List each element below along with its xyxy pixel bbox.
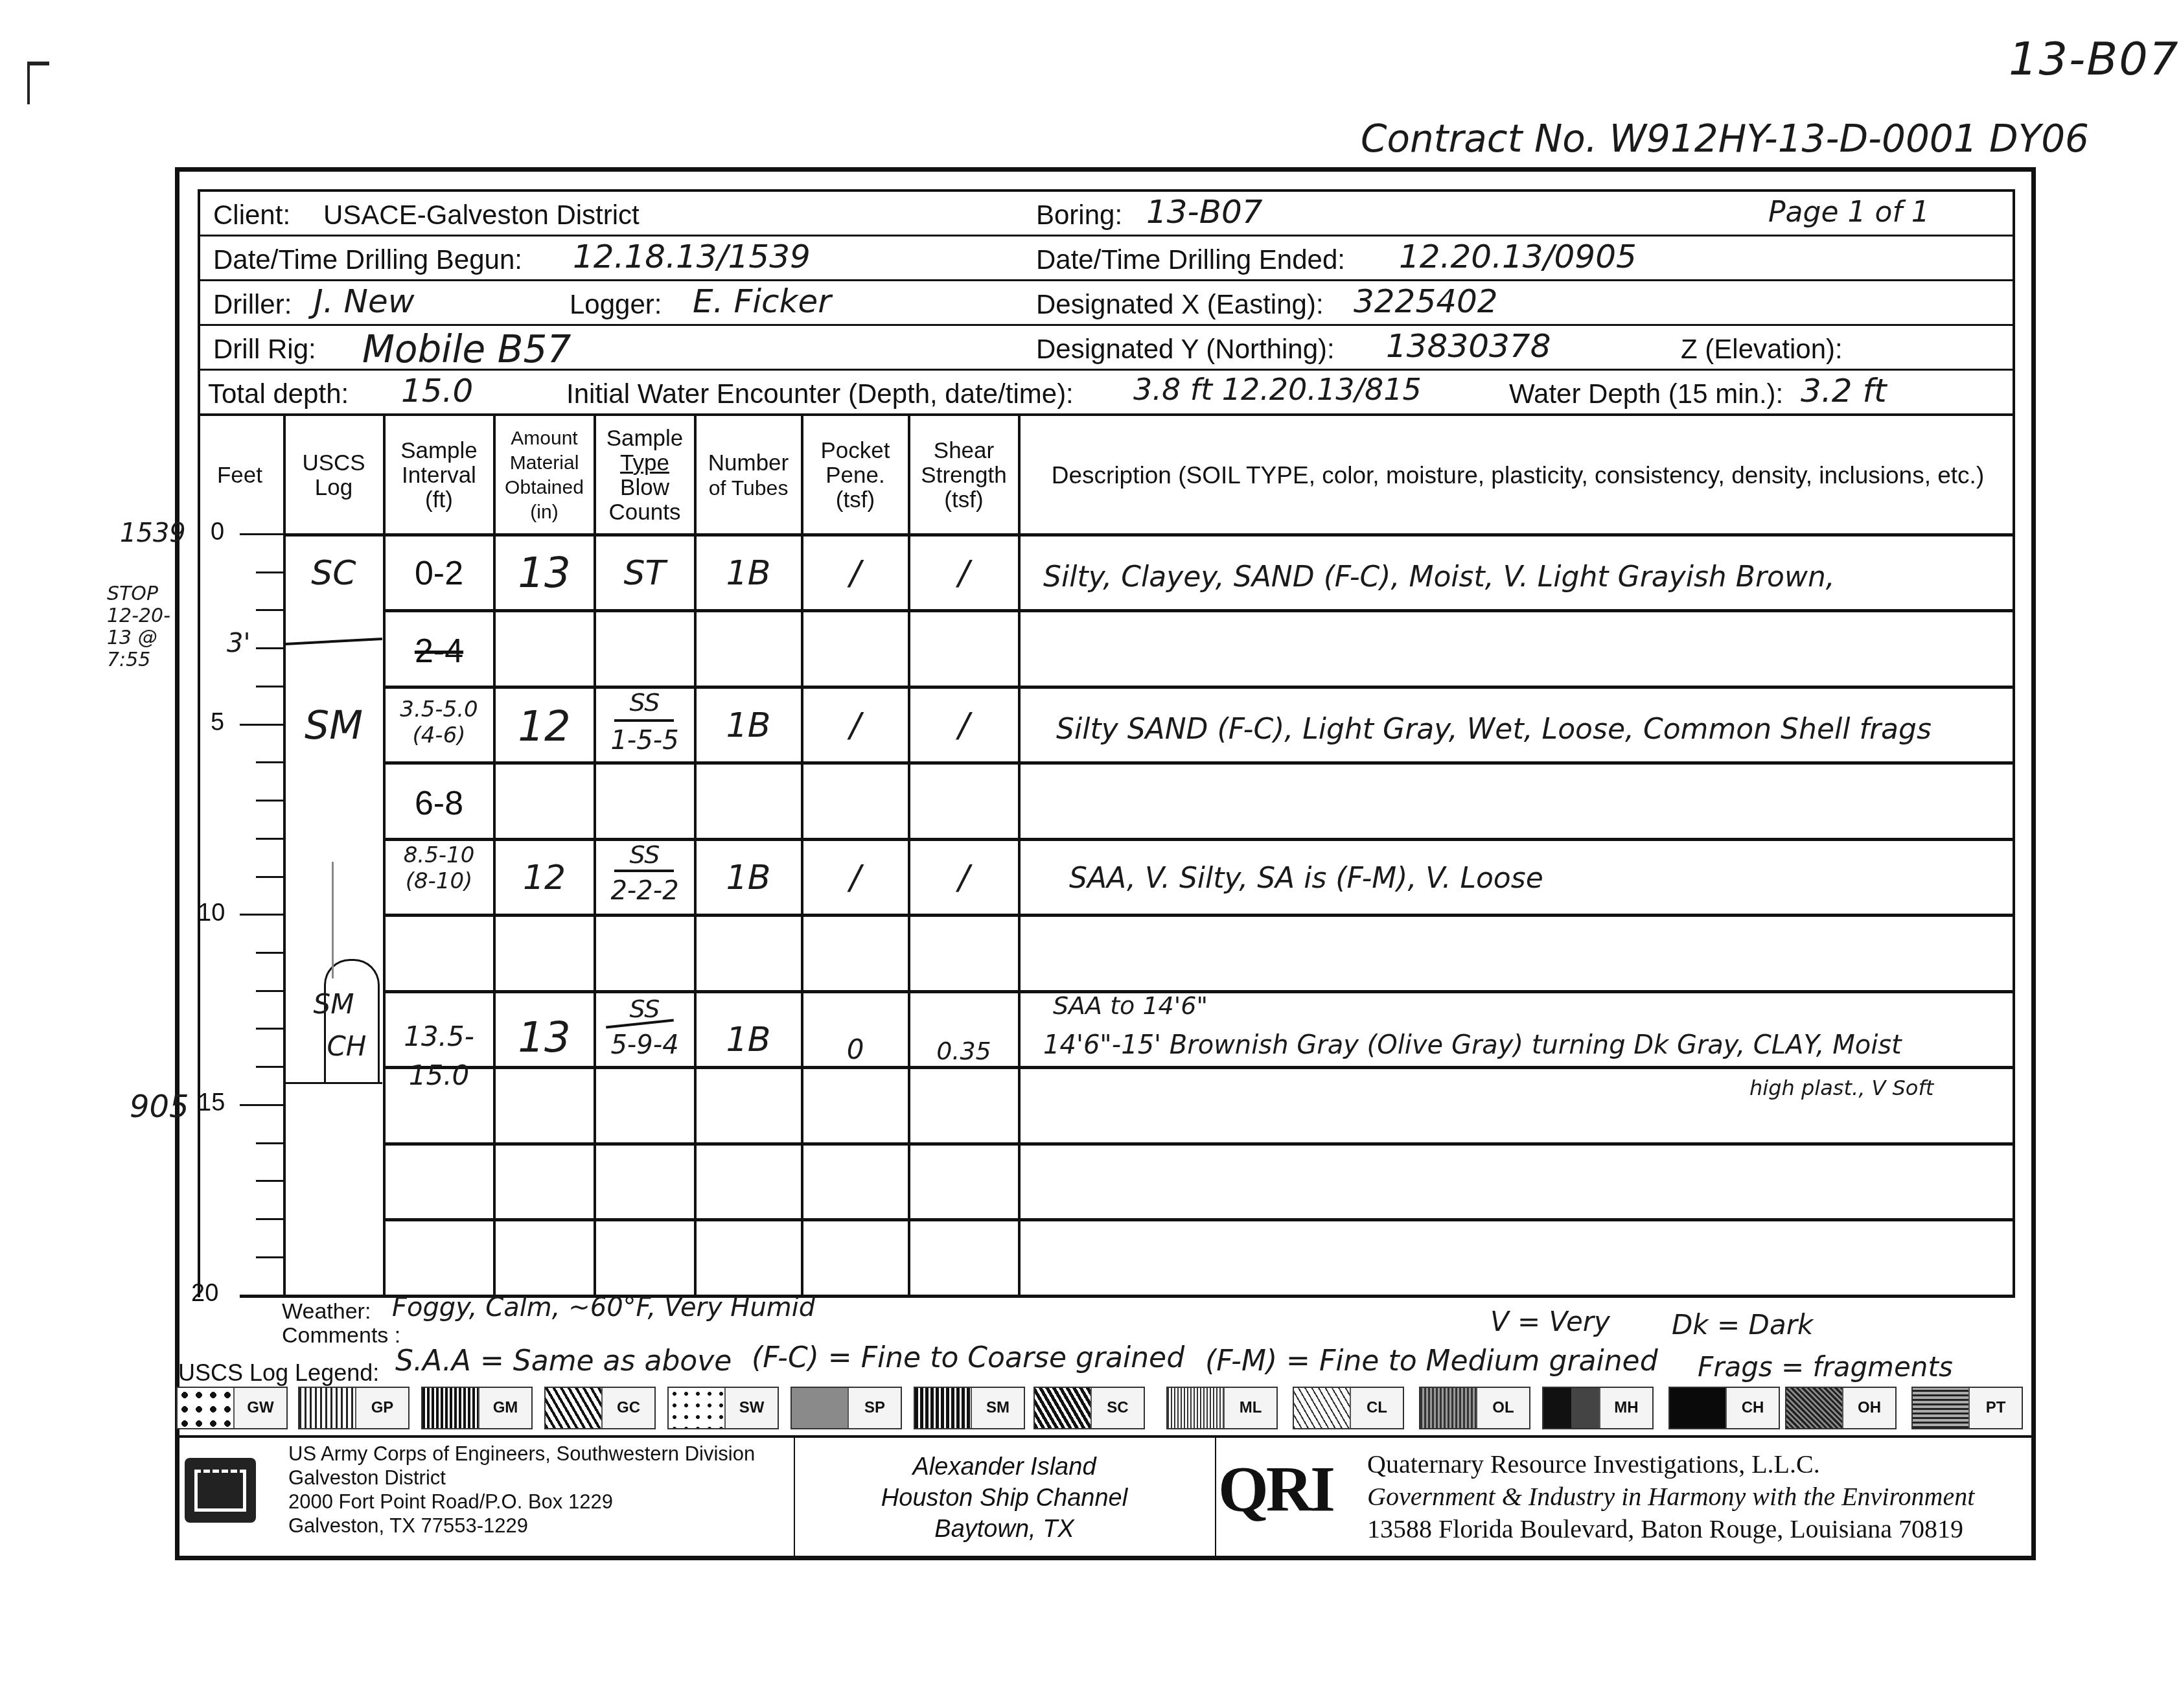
dense-pattern-icon <box>1420 1388 1476 1428</box>
depth-tick <box>256 1028 285 1030</box>
header-row-rig: Drill Rig: Mobile B57 Designated Y (Nort… <box>200 326 2013 371</box>
legend-ml: ML <box>1166 1387 1278 1429</box>
legend-gw: GW <box>176 1387 288 1429</box>
legend-label: USCS Log Legend: <box>178 1359 379 1387</box>
uscs-log-sm-2: SM <box>285 988 382 1020</box>
sample-amount: 12 <box>496 859 593 897</box>
usace-street: 2000 Fort Point Road/P.O. Box 1229 <box>288 1490 755 1514</box>
contract-number-annotation: Contract No. W912HY-13-D-0001 DY06 <box>1361 117 2089 161</box>
depth-tick <box>256 952 285 954</box>
northing-value: 13830378 <box>1386 327 1551 365</box>
legend-sp: SP <box>790 1387 902 1429</box>
grid-line <box>283 416 286 1297</box>
depth-tick <box>256 1066 285 1068</box>
end-time-note: 905 <box>130 1089 189 1125</box>
header-row-dates: Date/Time Drilling Begun: 12.18.13/1539 … <box>200 237 2013 281</box>
col-header-amount: Amount Material Obtained (in) <box>496 416 593 535</box>
sample-tubes: 1B <box>697 706 800 745</box>
boring-value: 13-B07 <box>1146 193 1263 231</box>
abbr-fine-medium: (F-M) = Fine to Medium grained <box>1205 1344 1658 1378</box>
legend-oh: OH <box>1785 1387 1897 1429</box>
qri-address: Quaternary Resource Investigations, L.L.… <box>1367 1448 1974 1545</box>
sample-interval: 3.5-5.0 (4-6) <box>386 697 492 748</box>
ended-value: 12.20.13/0905 <box>1399 238 1637 275</box>
grid-line <box>694 416 697 1297</box>
uscs-log-ch: CH <box>311 1030 382 1062</box>
client-value: USACE-Galveston District <box>323 200 640 231</box>
crosshatch-pattern-icon <box>1786 1388 1842 1428</box>
gravel-pattern-icon <box>178 1388 233 1428</box>
castle-icon <box>194 1470 246 1512</box>
sample-shear: / <box>910 859 1017 897</box>
vertical-line-pattern-icon <box>915 1388 971 1428</box>
depth-label-0: 0 <box>211 518 224 546</box>
sample-pocket: / <box>803 554 907 593</box>
fraction-bar <box>614 870 674 872</box>
easting-label: Designated X (Easting): <box>1036 289 1324 320</box>
col-header-type: Type <box>620 451 669 476</box>
row-line <box>383 1066 2015 1069</box>
easting-value: 3225402 <box>1354 283 1498 320</box>
depth-tick <box>256 876 285 878</box>
grid-line <box>1018 416 1021 1297</box>
col-header-blow-counts: Blow Counts <box>596 476 693 525</box>
site-channel: Houston Ship Channel <box>797 1483 1212 1514</box>
depth-tick <box>256 1142 285 1144</box>
usace-district: Galveston District <box>288 1466 755 1490</box>
sample-description-cont: high plast., V Soft <box>1749 1076 1933 1100</box>
sample-amount: 13 <box>496 1014 593 1062</box>
legend-gc: GC <box>544 1387 656 1429</box>
sample-pocket: / <box>803 706 907 745</box>
col-header-number: Number <box>708 451 789 476</box>
header-block: Client: USACE-Galveston District Boring:… <box>198 189 2015 416</box>
depth-tick <box>256 838 285 840</box>
footer-divider <box>1215 1435 1216 1558</box>
scan-corner-mark <box>27 62 49 104</box>
boring-label: Boring: <box>1036 200 1122 231</box>
col-header-feet: Feet <box>198 416 282 535</box>
row-line <box>383 609 2015 612</box>
row-line <box>383 914 2015 917</box>
qri-logo: QRI <box>1218 1451 1333 1526</box>
sample-blows: 5-9-4 <box>596 1030 693 1060</box>
sample-interval: 2-4 <box>386 632 492 671</box>
depth-tick <box>256 647 285 649</box>
col-header-uscs: USCS Log <box>285 416 382 535</box>
water-encounter-value: 3.8 ft 12.20.13/815 <box>1133 372 1422 407</box>
depth-tick <box>240 1104 285 1106</box>
grid-line <box>801 416 803 1297</box>
header-row-client: Client: USACE-Galveston District Boring:… <box>200 192 2013 237</box>
rig-label: Drill Rig: <box>213 334 316 365</box>
sample-tubes: 1B <box>697 554 800 593</box>
depth-tick <box>256 571 285 573</box>
qri-street: 13588 Florida Boulevard, Baton Rouge, Lo… <box>1367 1513 1974 1545</box>
sample-interval: 6-8 <box>386 784 492 823</box>
legend-mh: MH <box>1542 1387 1654 1429</box>
fine-vertical-pattern-icon <box>1168 1388 1223 1428</box>
depth-0-line <box>283 533 2015 537</box>
depth-tick <box>256 1180 285 1182</box>
diagonal-pattern-icon <box>1035 1388 1090 1428</box>
sample-interval: 0-2 <box>386 554 492 593</box>
sample-blows: 2-2-2 <box>596 876 693 906</box>
sample-blows: 1-5-5 <box>596 726 693 756</box>
uscs-log-sc: SC <box>285 554 382 593</box>
driller-value: J. New <box>314 283 415 320</box>
grid-line <box>198 416 200 1297</box>
northing-label: Designated Y (Northing): <box>1036 334 1335 365</box>
sample-pocket: 0 <box>803 1033 907 1065</box>
legend-gp: GP <box>298 1387 410 1429</box>
client-label: Client: <box>213 200 290 231</box>
comments-label: Comments : <box>282 1323 400 1348</box>
row-line <box>383 761 2015 765</box>
depth-label-20: 20 <box>191 1280 218 1308</box>
col-header-interval: Sample Interval (ft) <box>386 416 492 535</box>
sample-tubes: 1B <box>697 859 800 897</box>
header-row-depth: Total depth: 15.0 Initial Water Encounte… <box>200 371 2013 415</box>
sample-type: SS <box>596 840 693 869</box>
row-line <box>383 1142 2015 1146</box>
depth-tick <box>256 761 285 763</box>
col-header-of-tubes: of Tubes <box>709 476 789 500</box>
sample-type: SS <box>596 688 693 717</box>
wavy-pattern-icon <box>1913 1388 1968 1428</box>
sample-amount: 13 <box>496 549 593 597</box>
col-header-sample: Sample <box>606 426 684 451</box>
dark-pattern-icon <box>1543 1388 1599 1428</box>
depth-tick <box>256 800 285 802</box>
sample-description: SAA to 14'6" <box>1053 991 1208 1020</box>
water-15min-label: Water Depth (15 min.): <box>1509 378 1783 410</box>
stipple-pattern-icon <box>792 1388 848 1428</box>
boring-id-annotation: 13-B07 <box>2009 32 2179 86</box>
row-line <box>383 1218 2015 1221</box>
col-header-tubes: Number of Tubes <box>697 416 800 535</box>
legend-pt: PT <box>1911 1387 2023 1429</box>
sample-shear: 0.35 <box>910 1037 1017 1065</box>
col-header-description: Description (SOIL TYPE, color, moisture,… <box>1021 416 2015 535</box>
diagonal-pattern-icon <box>546 1388 601 1428</box>
water-encounter-label: Initial Water Encounter (Depth, date/tim… <box>566 378 1074 410</box>
footer-divider <box>794 1435 795 1558</box>
start-time-note: 1539 <box>120 518 186 548</box>
depth-label-15: 15 <box>198 1089 225 1117</box>
sample-description: Silty SAND (F-C), Light Gray, Wet, Loose… <box>1056 713 1932 746</box>
depth-tick <box>256 990 285 992</box>
col-header-sample-type: Sample Type Blow Counts <box>596 416 693 535</box>
total-depth-value: 15.0 <box>401 372 473 410</box>
water-15min-value: 3.2 ft <box>1801 372 1887 410</box>
depth-label-5: 5 <box>211 709 224 737</box>
site-location: Alexander Island Houston Ship Channel Ba… <box>797 1451 1212 1545</box>
legend-ol: OL <box>1419 1387 1530 1429</box>
vertical-line-pattern-icon <box>422 1388 478 1428</box>
fraction-bar <box>614 719 674 722</box>
depth-tick <box>256 686 285 687</box>
depth-tick <box>240 724 285 726</box>
header-row-driller: Driller: J. New Logger: E. Ficker Design… <box>200 281 2013 326</box>
depth-mark-3ft: 3' <box>227 629 250 658</box>
total-depth-label: Total depth: <box>208 378 349 410</box>
depth-tick <box>256 1256 285 1258</box>
ended-label: Date/Time Drilling Ended: <box>1036 244 1345 275</box>
sample-interval: 8.5-10 (8-10) <box>386 842 492 894</box>
logger-value: E. Ficker <box>693 283 831 320</box>
sample-shear: / <box>910 706 1017 745</box>
abbr-very: V = Very <box>1490 1306 1610 1337</box>
weather-value: Foggy, Calm, ~60°F, Very Humid <box>392 1293 815 1322</box>
sample-type: SS <box>596 995 693 1023</box>
depth-label-10: 10 <box>198 899 225 927</box>
begun-label: Date/Time Drilling Begun: <box>213 244 522 275</box>
dot-pattern-icon <box>669 1388 724 1428</box>
weather-label: Weather: <box>282 1299 371 1324</box>
legend-sw: SW <box>667 1387 779 1429</box>
stop-note: STOP 12-20-13 @ 7:55 <box>107 583 178 671</box>
elevation-label: Z (Elevation): <box>1681 334 1843 365</box>
begun-value: 12.18.13/1539 <box>573 238 811 275</box>
logger-label: Logger: <box>570 289 662 320</box>
col-header-shear: Shear Strength (tsf) <box>910 416 1017 535</box>
solid-black-pattern-icon <box>1670 1388 1725 1428</box>
abbr-fine-coarse: (F-C) = Fine to Coarse grained <box>752 1341 1184 1374</box>
site-city: Baytown, TX <box>797 1514 1212 1545</box>
sample-pocket: / <box>803 859 907 897</box>
sample-description-cont: 14'6"-15' Brownish Gray (Olive Gray) tur… <box>1043 1030 1902 1060</box>
depth-tick <box>256 1218 285 1220</box>
legend-sc: SC <box>1033 1387 1145 1429</box>
qri-tagline: Government & Industry in Harmony with th… <box>1367 1481 1974 1513</box>
sample-description: Silty, Clayey, SAND (F-C), Moist, V. Lig… <box>1043 560 1835 594</box>
grid-pattern-icon <box>299 1388 355 1428</box>
legend-gm: GM <box>421 1387 533 1429</box>
usace-castle-logo-icon <box>185 1458 256 1523</box>
grid-line <box>493 416 496 1297</box>
abbr-frags: Frags = fragments <box>1698 1351 1953 1383</box>
sample-amount: 12 <box>496 703 593 751</box>
legend-cl: CL <box>1293 1387 1404 1429</box>
driller-label: Driller: <box>213 289 292 320</box>
grid-line <box>908 416 910 1297</box>
col-header-pocket: Pocket Pene. (tsf) <box>803 416 907 535</box>
usace-address: US Army Corps of Engineers, Southwestern… <box>288 1442 755 1538</box>
depth-tick <box>256 609 285 611</box>
usace-city: Galveston, TX 77553-1229 <box>288 1514 755 1538</box>
grid-line <box>2013 189 2015 1297</box>
sample-type: ST <box>596 554 693 593</box>
depth-tick <box>240 914 285 916</box>
sample-description: SAA, V. Silty, SA is (F-M), V. Loose <box>1069 862 1543 895</box>
abbr-dark: Dk = Dark <box>1672 1309 1813 1341</box>
usace-name: US Army Corps of Engineers, Southwestern… <box>288 1442 755 1466</box>
depth-tick <box>240 533 285 535</box>
page-number: Page 1 of 1 <box>1768 196 1930 229</box>
uscs-log-sm: SM <box>285 703 382 748</box>
legend-sm: SM <box>914 1387 1025 1429</box>
qri-name: Quaternary Resource Investigations, L.L.… <box>1367 1448 1974 1481</box>
legend-ch: CH <box>1668 1387 1780 1429</box>
sample-interval: 13.5-15.0 <box>386 1017 492 1095</box>
sample-tubes: 1B <box>697 1021 800 1059</box>
rig-value: Mobile B57 <box>362 327 571 371</box>
fine-diagonal-pattern-icon <box>1294 1388 1350 1428</box>
sample-shear: / <box>910 554 1017 593</box>
continuation-arrow <box>332 862 334 978</box>
site-name: Alexander Island <box>797 1451 1212 1483</box>
abbr-saa: S.A.A = Same as above <box>395 1344 732 1378</box>
